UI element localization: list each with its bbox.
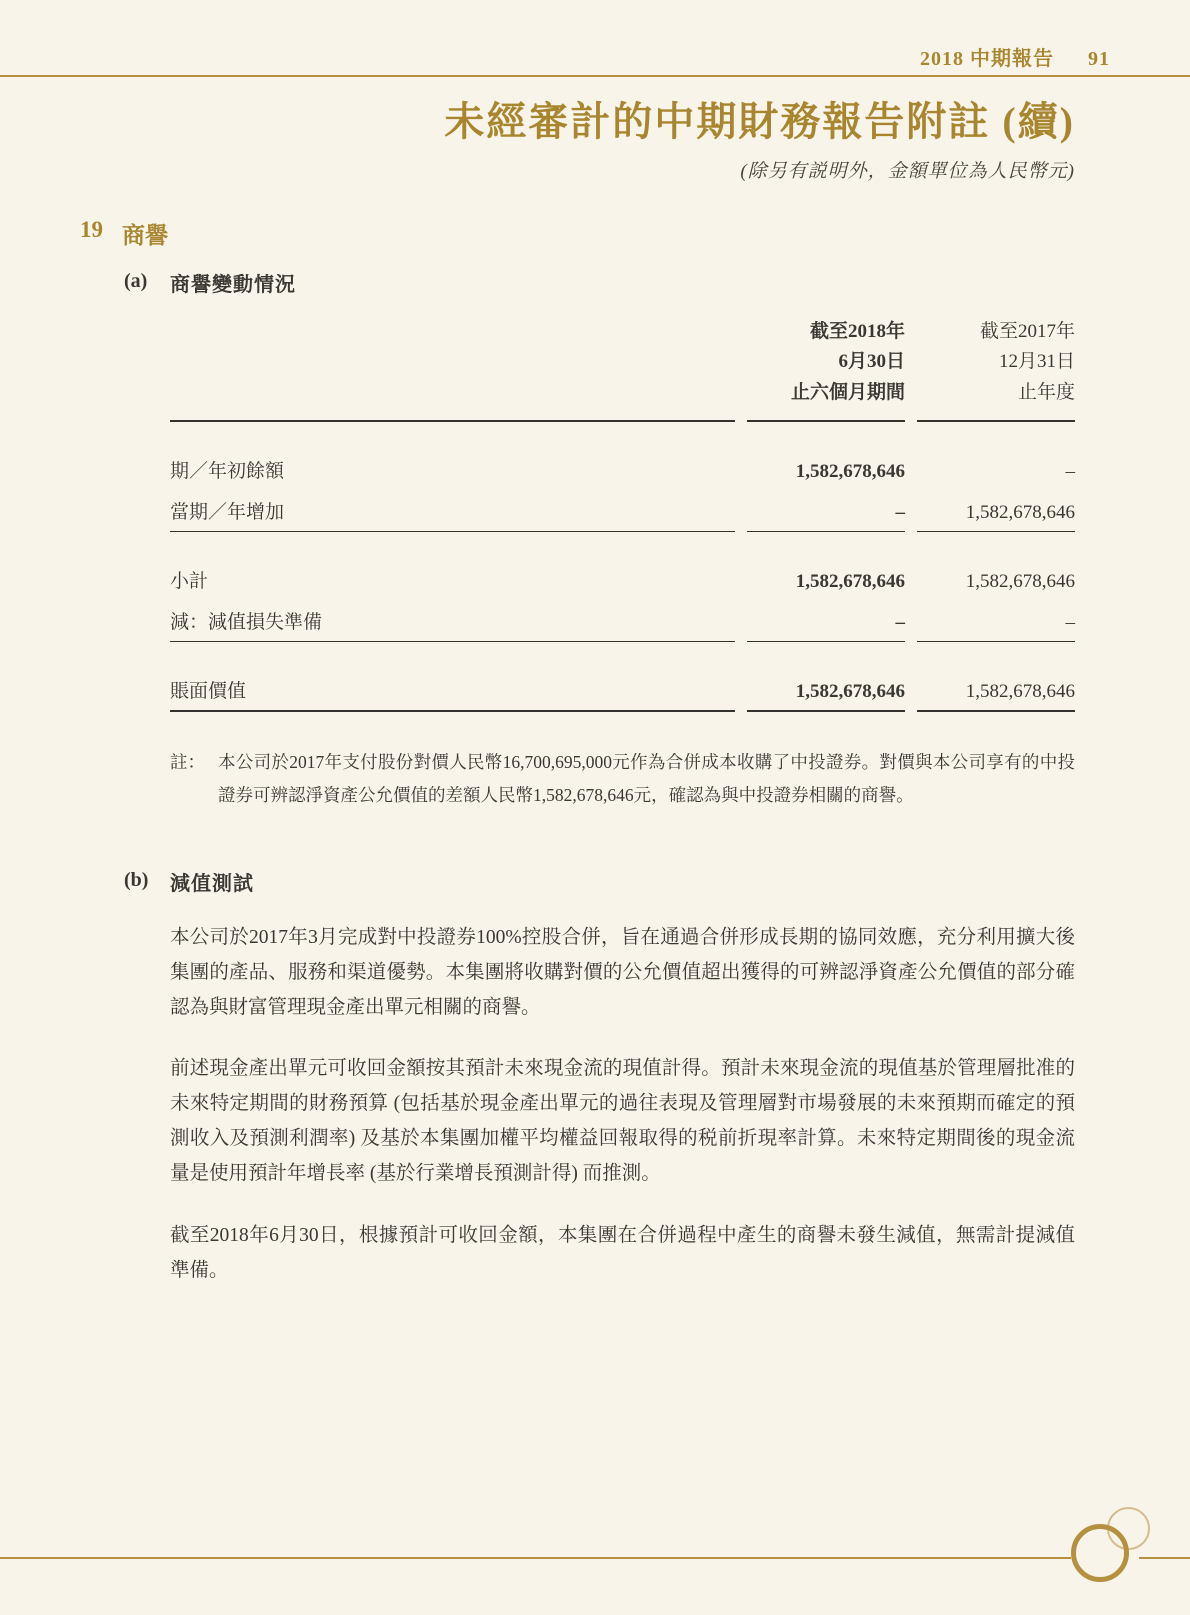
- table-row: 期／年初餘額 1,582,678,646 –: [170, 449, 1075, 490]
- running-head: 2018 中期報告91: [920, 42, 1110, 71]
- subsection-b: (b) 減值測試 本公司於2017年3月完成對中投證券100%控股合併，旨在通過…: [124, 867, 1075, 1288]
- page-subtitle: (除另有説明外，金額單位為人民幣元): [80, 156, 1075, 183]
- subsection-a-title: 商譽變動情況: [170, 268, 1075, 297]
- paragraph: 本公司於2017年3月完成對中投證券100%控股合併，旨在通過合併形成長期的協同…: [170, 920, 1075, 1025]
- paragraph: 截至2018年6月30日，根據預計可收回金額，本集團在合併過程中產生的商譽未發生…: [170, 1218, 1075, 1288]
- section-heading: 19 商譽: [80, 217, 1075, 250]
- subsection-a-body: 商譽變動情況 截至2018年 6月30日 止六個月期間 截至201: [170, 268, 1075, 811]
- row-label: 期／年初餘額: [170, 449, 735, 490]
- subsection-b-label: (b): [124, 867, 170, 1288]
- header-label-blank: [170, 317, 735, 422]
- col-2017-line2: 12月31日: [999, 351, 1075, 372]
- row-value-2017: 1,582,678,646: [917, 669, 1075, 710]
- table-row: 當期／年增加 – 1,582,678,646: [170, 490, 1075, 531]
- report-page: 2018 中期報告91 未經審計的中期財務報告附註 (續) (除另有説明外，金額…: [0, 0, 1190, 1615]
- content-column: 未經審計的中期財務報告附註 (續) (除另有説明外，金額單位為人民幣元) 19 …: [80, 90, 1075, 1288]
- table-gap: [170, 532, 1075, 559]
- table-row: 小計 1,582,678,646 1,582,678,646: [170, 559, 1075, 600]
- row-value-2017: –: [917, 600, 1075, 641]
- page-title: 未經審計的中期財務報告附註 (續): [80, 98, 1075, 146]
- table-row: 賬面價值 1,582,678,646 1,582,678,646: [170, 669, 1075, 710]
- footer-rule-left: [0, 1557, 1071, 1559]
- table-header-row: 截至2018年 6月30日 止六個月期間 截至2017年 12月31日 止年度: [170, 317, 1075, 422]
- col-2018-line3: 止六個月期間: [791, 382, 905, 403]
- section-title: 商譽: [122, 217, 168, 250]
- paragraph: 前述現金產出單元可收回金額按其預計未來現金流的現值計得。預計未來現金流的現值基於…: [170, 1051, 1075, 1191]
- col-2018-line2: 6月30日: [838, 351, 905, 372]
- row-value-2018: –: [747, 600, 905, 641]
- row-value-2018: 1,582,678,646: [747, 449, 905, 490]
- goodwill-table: 截至2018年 6月30日 止六個月期間 截至2017年 12月31日 止年度: [158, 317, 1087, 712]
- report-title-header: 2018 中期報告: [920, 48, 1054, 70]
- row-label: 小計: [170, 559, 735, 600]
- col-2017-line3: 止年度: [1018, 382, 1075, 403]
- table-gap: [170, 642, 1075, 669]
- row-label: 減：減值損失準備: [170, 600, 735, 641]
- row-value-2017: 1,582,678,646: [917, 490, 1075, 531]
- subsection-b-title: 減值測試: [170, 867, 1075, 896]
- note-label: 註：: [170, 746, 218, 811]
- row-value-2018: 1,582,678,646: [747, 559, 905, 600]
- header-rule: [0, 75, 1190, 77]
- column-header-2018: 截至2018年 6月30日 止六個月期間: [747, 317, 905, 422]
- row-value-2018: 1,582,678,646: [747, 669, 905, 710]
- col-2017-line1: 截至2017年: [980, 321, 1075, 342]
- row-label: 當期／年增加: [170, 490, 735, 531]
- subsection-b-body: 減值測試 本公司於2017年3月完成對中投證券100%控股合併，旨在通過合併形成…: [170, 867, 1075, 1288]
- row-value-2017: 1,582,678,646: [917, 559, 1075, 600]
- section-number: 19: [80, 217, 122, 250]
- decor-circle-big: [1071, 1524, 1129, 1582]
- note-text: 本公司於2017年支付股份對價人民幣16,700,695,000元作為合併成本收…: [218, 746, 1075, 811]
- row-value-2018: –: [747, 490, 905, 531]
- subsection-a: (a) 商譽變動情況 截至2018年 6月30日 止六個月期間: [124, 268, 1075, 811]
- table-row: 減：減值損失準備 – –: [170, 600, 1075, 641]
- col-2018-line1: 截至2018年: [810, 321, 905, 342]
- page-number: 91: [1088, 48, 1110, 70]
- row-label: 賬面價值: [170, 669, 735, 710]
- row-value-2017: –: [917, 449, 1075, 490]
- table-gap: [170, 422, 1075, 449]
- footer-rule-right: [1139, 1557, 1190, 1559]
- table-bottom-rule: [170, 710, 1075, 712]
- table-note: 註： 本公司於2017年支付股份對價人民幣16,700,695,000元作為合併…: [170, 746, 1075, 811]
- column-header-2017: 截至2017年 12月31日 止年度: [917, 317, 1075, 422]
